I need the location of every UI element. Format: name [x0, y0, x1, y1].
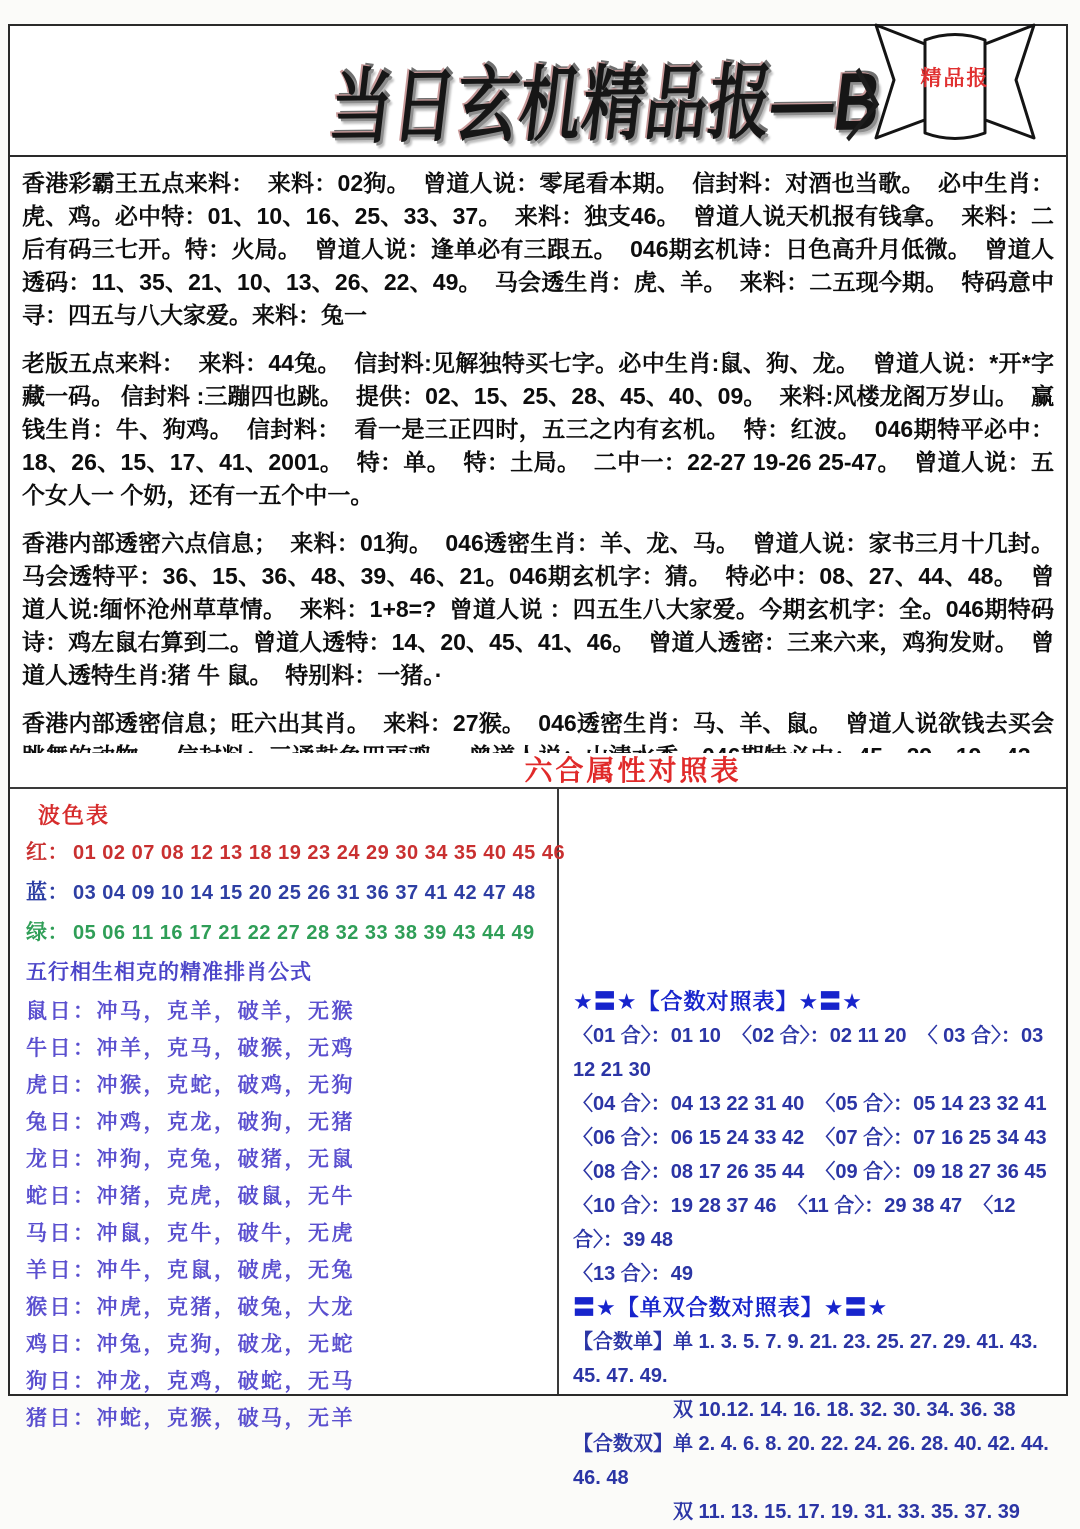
sum-table-line: 〈10 合〉：19 28 37 46 〈11 合〉：29 38 47 〈12 合… — [573, 1189, 1066, 1257]
zodiac-line: 龙日：冲狗，克兔，破猪，无鼠 — [26, 1141, 557, 1178]
wave-row-blue: 蓝：03 04 09 10 14 15 20 25 26 31 36 37 41… — [26, 873, 557, 913]
wave-row-green-numbers: 05 06 11 16 17 21 22 27 28 32 33 38 39 4… — [73, 922, 535, 944]
sum-table-line: 〈04 合〉：04 13 22 31 40 〈05 合〉：05 14 23 32… — [573, 1087, 1066, 1121]
zodiac-line: 兔日：冲鸡，克龙，破狗，无猪 — [26, 1104, 557, 1141]
zodiac-line: 鼠日：冲马，克羊，破羊，无猴 — [26, 993, 557, 1030]
zodiac-line: 羊日：冲牛，克鼠，破虎，无兔 — [26, 1252, 557, 1289]
zodiac-line: 猪日：冲蛇，克猴，破马，无羊 — [26, 1400, 557, 1437]
sum-table-line: 〈13 合〉：49 — [573, 1257, 1066, 1291]
ribbon-banner: 精品报 — [870, 20, 1040, 150]
zodiac-line: 马日：冲鼠，克牛，破牛，无虎 — [26, 1215, 557, 1252]
wave-row-red: 红：01 02 07 08 12 13 18 19 23 24 29 30 34… — [26, 833, 557, 873]
sum-table-line: 〈01 合〉：01 10 〈02 合〉：02 11 20 〈 03 合〉：03 … — [573, 1019, 1066, 1087]
wave-table-title: 波色表 — [26, 799, 557, 833]
odd-even-line: 双 10.12. 14. 16. 18. 32. 30. 34. 36. 38 — [573, 1393, 1066, 1427]
odd-even-table-header: 〓★【单双合数对照表】★〓★ — [573, 1291, 1066, 1325]
report-page: 当日玄机精品报—B 〉 精品报 香港彩霸王五点来料： 来料：02狗。 曾道人说：… — [8, 24, 1068, 1396]
zodiac-line: 蛇日：冲猪，克虎，破鼠，无牛 — [26, 1178, 557, 1215]
wave-row-blue-numbers: 03 04 09 10 14 15 20 25 26 31 36 37 41 4… — [73, 882, 536, 904]
wave-row-red-label: 红： — [26, 841, 69, 864]
tips-paragraph-3: 香港内部透密六点信息； 来料：01狗。 046透密生肖：羊、龙、马。 曾道人说：… — [22, 527, 1054, 692]
badge-label: 精品报 — [921, 62, 990, 92]
zodiac-line: 虎日：冲猴，克蛇，破鸡，无狗 — [26, 1067, 557, 1104]
tips-body: 香港彩霸王五点来料： 来料：02狗。 曾道人说：零尾看本期。 信封料：对酒也当歌… — [10, 157, 1066, 753]
zodiac-line: 牛日：冲羊，克马，破猴，无鸡 — [26, 1030, 557, 1067]
masthead: 当日玄机精品报—B 〉 精品报 — [10, 26, 1066, 157]
reference-columns: 波色表 红：01 02 07 08 12 13 18 19 23 24 29 3… — [10, 789, 1066, 1394]
sum-table-line: 〈06 合〉：06 15 24 33 42 〈07 合〉：07 16 25 34… — [573, 1121, 1066, 1155]
zodiac-line: 鸡日：冲兔，克狗，破龙，无蛇 — [26, 1326, 557, 1363]
section-header-row: 六合属性对照表 — [10, 753, 1066, 789]
sum-table-line: 〈08 合〉：08 17 26 35 44 〈09 合〉：09 18 27 36… — [573, 1155, 1066, 1189]
odd-even-line: 双 11. 13. 15. 17. 19. 31. 33. 35. 37. 39 — [573, 1495, 1066, 1529]
tips-paragraph-2: 老版五点来料： 来料：44兔。 信封料:见解独特买七字。必中生肖:鼠、狗、龙。 … — [22, 347, 1054, 512]
odd-even-line: 【合数双】单 2. 4. 6. 8. 20. 22. 24. 26. 28. 4… — [573, 1427, 1066, 1495]
zodiac-line: 猴日：冲虎，克猪，破兔，大龙 — [26, 1289, 557, 1326]
report-title: 当日玄机精品报—B — [324, 36, 888, 160]
sum-table-column: ★〓★【合数对照表】★〓★ 〈01 合〉：01 10 〈02 合〉：02 11 … — [559, 789, 1066, 1394]
tips-paragraph-4: 香港内部透密信息；旺六出其肖。 来料：27猴。 046透密生肖：马、羊、鼠。 曾… — [22, 707, 1054, 753]
wave-row-green: 绿：05 06 11 16 17 21 22 27 28 32 33 38 39… — [26, 913, 557, 953]
wave-color-column: 波色表 红：01 02 07 08 12 13 18 19 23 24 29 3… — [10, 789, 559, 1394]
tips-paragraph-1: 香港彩霸王五点来料： 来料：02狗。 曾道人说：零尾看本期。 信封料：对酒也当歌… — [22, 167, 1054, 332]
section-title: 六合属性对照表 — [524, 753, 741, 787]
odd-even-line: 【合数单】单 1. 3. 5. 7. 9. 21. 23. 25. 27. 29… — [573, 1325, 1066, 1393]
wave-row-red-numbers: 01 02 07 08 12 13 18 19 23 24 29 30 34 3… — [73, 842, 565, 864]
zodiac-line: 狗日：冲龙，克鸡，破蛇，无马 — [26, 1363, 557, 1400]
wave-row-blue-label: 蓝： — [26, 881, 69, 904]
sum-table-header: ★〓★【合数对照表】★〓★ — [573, 985, 1066, 1019]
wave-row-green-label: 绿： — [26, 921, 69, 944]
formula-title: 五行相生相克的精准排肖公式 — [26, 953, 557, 993]
